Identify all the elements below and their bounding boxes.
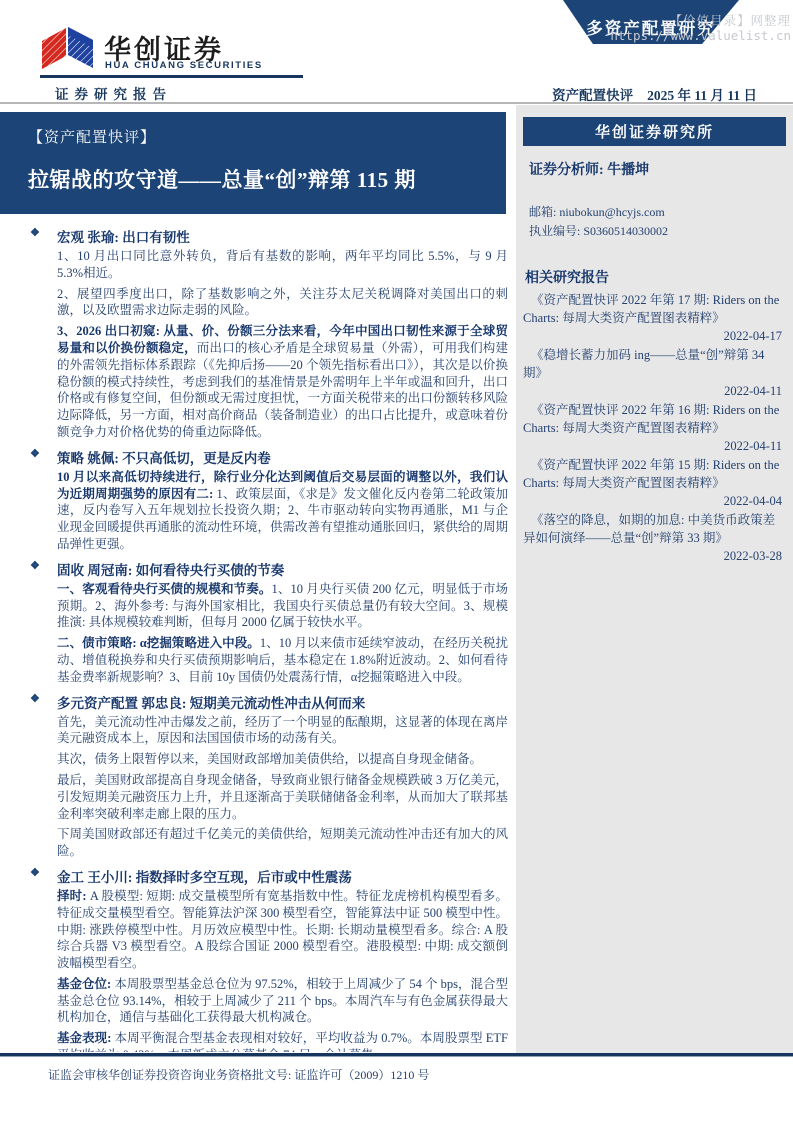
brand-name-en: HUA CHUANG SECURITIES xyxy=(105,60,263,71)
body-paragraph: 基金仓位: 本周股票型基金总仓位为 97.52%，相较于上周减少了 54 个 b… xyxy=(57,976,508,1026)
analyst-name: 证券分析师: 牛播坤 xyxy=(529,159,786,179)
diamond-bullet-icon: ❖ xyxy=(30,226,57,246)
paragraph-text: 本周平衡混合型基金表现相对较好，平均收益为 0.7%。本周股票型 ETF 平均收… xyxy=(57,1031,508,1052)
paragraph-lead: 一、客观看待央行买债的规模和节奏。 xyxy=(57,582,272,596)
report-date: 2022-04-17 xyxy=(523,327,786,345)
report-date: 2022-03-28 xyxy=(523,547,786,565)
section-title: 策略 姚佩: 不只高低切，更是反内卷 xyxy=(57,447,271,467)
paragraph-text: 下周美国财政部还有超过千亿美元的美债供给，短期美元流动性冲击还有加大的风险。 xyxy=(57,827,508,858)
body-paragraph: 下周美国财政部还有超过千亿美元的美债供给，短期美元流动性冲击还有加大的风险。 xyxy=(57,826,508,860)
watermark-url: https://www.valuelist.cn xyxy=(610,28,791,43)
report-link[interactable]: 《资产配置快评 2022 年第 17 期: Riders on the Char… xyxy=(523,291,786,327)
section-heading-fixed-income: ❖ 固收 周冠南: 如何看待央行买债的节奏 xyxy=(30,559,508,579)
paragraph-lead: 二、债市策略: α挖掘策略进入中段。 xyxy=(57,636,260,650)
page-title: 拉锯战的攻守道——总量“创”辩第 115 期 xyxy=(28,164,486,194)
body-paragraph: 二、债市策略: α挖掘策略进入中段。1、10 月以来债市延续窄波动，在经历关税扰… xyxy=(57,635,508,685)
paragraph-text: A 股模型: 短期: 成交量模型所有宽基指数中性。特征龙虎榜机构模型看多。特征成… xyxy=(57,889,508,970)
section-title: 多元资产配置 郭忠良: 短期美元流动性冲击从何而来 xyxy=(57,692,365,712)
section-title: 固收 周冠南: 如何看待央行买债的节奏 xyxy=(57,559,284,579)
related-reports-title: 相关研究报告 xyxy=(525,267,786,287)
paragraph-text: 首先，美元流动性冲击爆发之前，经历了一个明显的酝酿期，这显著的体现在离岸美元融资… xyxy=(57,715,508,746)
report-link[interactable]: 《资产配置快评 2022 年第 16 期: Riders on the Char… xyxy=(523,401,786,437)
body-paragraph: 一、客观看待央行买债的规模和节奏。1、10 月央行买债 200 亿元，明显低于市… xyxy=(57,581,508,631)
watermark-text: 【价值目录】网整理 xyxy=(610,13,791,28)
related-report-item[interactable]: 《资产配置快评 2022 年第 17 期: Riders on the Char… xyxy=(523,291,786,345)
body-paragraph: 首先，美元流动性冲击爆发之前，经历了一个明显的酝酿期，这显著的体现在离岸美元融资… xyxy=(57,714,508,748)
report-body: ❖ 宏观 张瑜: 出口有韧性 1、10 月出口同比意外转负，背后有基数的影响，两… xyxy=(30,220,508,1052)
report-category: 资产配置快评 xyxy=(552,88,633,103)
report-link[interactable]: 《稳增长蓄力加码 ing——总量“创”辩第 34 期》 xyxy=(523,346,786,382)
paragraph-text: 本周股票型基金总仓位为 97.52%，相较于上周减少了 54 个 bps，混合型… xyxy=(57,977,508,1025)
paragraph-lead: 基金表现: xyxy=(57,1031,111,1045)
report-link[interactable]: 《资产配置快评 2022 年第 15 期: Riders on the Char… xyxy=(523,456,786,492)
paragraph-text: 2、展望四季度出口，除了基数影响之外，关注芬太尼关税调降对美国出口的刺激，以及欧… xyxy=(57,287,508,318)
report-date: 2022-04-11 xyxy=(523,382,786,400)
related-report-item[interactable]: 《资产配置快评 2022 年第 15 期: Riders on the Char… xyxy=(523,456,786,510)
header-meta: 资产配置快评2025 年 11 月 11 日 xyxy=(552,84,757,104)
section-heading-multi-asset: ❖ 多元资产配置 郭忠良: 短期美元流动性冲击从何而来 xyxy=(30,692,508,712)
paragraph-text: 其次，债务上限暂停以来，美国财政部增加美债供给，以提高自身现金储备。 xyxy=(57,752,482,766)
body-paragraph: 最后，美国财政部提高自身现金储备，导致商业银行储备金规模跌破 3 万亿美元，引发… xyxy=(57,772,508,822)
body-paragraph: 1、10 月出口同比意外转负，背后有基数的影响，两年平均同比 5.5%，与 9 … xyxy=(57,248,508,282)
section-heading-macro: ❖ 宏观 张瑜: 出口有韧性 xyxy=(30,226,508,246)
diamond-bullet-icon: ❖ xyxy=(30,559,57,579)
body-paragraph: 2、展望四季度出口，除了基数影响之外，关注芬太尼关税调降对美国出口的刺激，以及欧… xyxy=(57,286,508,320)
paragraph-text: 1、10 月出口同比意外转负，背后有基数的影响，两年平均同比 5.5%，与 9 … xyxy=(57,249,508,280)
section-title: 宏观 张瑜: 出口有韧性 xyxy=(57,226,190,246)
paragraph-text: 而出口的核心矛盾是全球贸易量（外需），可用我们构建的外需领先指标体系跟踪（《先抑… xyxy=(57,341,508,439)
paragraph-lead: 择时: xyxy=(57,889,87,903)
page-footer: 证监会审核华创证券投资咨询业务资格批文号: 证监许可（2009）1210 号 xyxy=(0,1053,793,1083)
title-kicker: 【资产配置快评】 xyxy=(28,126,486,147)
report-date: 2022-04-04 xyxy=(523,492,786,510)
body-paragraph: 择时: A 股模型: 短期: 成交量模型所有宽基指数中性。特征龙虎榜机构模型看多… xyxy=(57,888,508,972)
section-title: 金工 王小川: 指数择时多空互现，后市或中性震荡 xyxy=(57,866,352,886)
report-link[interactable]: 《落空的降息，如期的加息: 中美货币政策差异如何演绎——总量“创”辩第 33 期… xyxy=(523,511,786,547)
footer-divider xyxy=(0,1053,793,1057)
body-paragraph: 其次，债务上限暂停以来，美国财政部增加美债供给，以提高自身现金储备。 xyxy=(57,751,508,768)
report-date: 2025 年 11 月 11 日 xyxy=(647,88,757,103)
body-paragraph: 3、2026 出口初窥: 从量、价、份额三分法来看，今年中国出口韧性来源于全球贸… xyxy=(57,323,508,441)
watermark: 【价值目录】网整理 https://www.valuelist.cn xyxy=(610,13,791,43)
analyst-email[interactable]: 邮箱: niubokun@hcyjs.com xyxy=(529,203,786,222)
diamond-bullet-icon: ❖ xyxy=(30,447,57,467)
related-report-item[interactable]: 《稳增长蓄力加码 ing——总量“创”辩第 34 期》 2022-04-11 xyxy=(523,346,786,400)
sidebar: 华创证券研究所 证券分析师: 牛播坤 邮箱: niubokun@hcyjs.co… xyxy=(516,105,793,1056)
body-paragraph: 10 月以来高低切持续进行，除行业分化达到阈值后交易层面的调整以外，我们认为近期… xyxy=(57,469,508,553)
report-date: 2022-04-11 xyxy=(523,437,786,455)
paragraph-text: 最后，美国财政部提高自身现金储备，导致商业银行储备金规模跌破 3 万亿美元，引发… xyxy=(57,773,508,821)
analyst-license: 执业编号: S0360514030002 xyxy=(529,222,786,241)
related-report-item[interactable]: 《落空的降息，如期的加息: 中美货币政策差异如何演绎——总量“创”辩第 33 期… xyxy=(523,511,786,565)
paragraph-lead: 基金仓位: xyxy=(57,977,111,991)
body-paragraph: 基金表现: 本周平衡混合型基金表现相对较好，平均收益为 0.7%。本周股票型 E… xyxy=(57,1030,508,1052)
regulatory-approval-text: 证监会审核华创证券投资咨询业务资格批文号: 证监许可（2009）1210 号 xyxy=(48,1066,793,1083)
analyst-contact: 邮箱: niubokun@hcyjs.com 执业编号: S0360514030… xyxy=(529,203,786,241)
institute-bar: 华创证券研究所 xyxy=(523,117,786,146)
section-heading-strategy: ❖ 策略 姚佩: 不只高低切，更是反内卷 xyxy=(30,447,508,467)
report-type-label: 证券研究报告 xyxy=(55,83,172,103)
report-page: 华创证券 HUA CHUANG SECURITIES 证券研究报告 资产配置快评… xyxy=(0,0,793,1122)
title-block: 【资产配置快评】 拉锯战的攻守道——总量“创”辩第 115 期 xyxy=(0,112,506,214)
related-report-item[interactable]: 《资产配置快评 2022 年第 16 期: Riders on the Char… xyxy=(523,401,786,455)
diamond-bullet-icon: ❖ xyxy=(30,866,57,886)
brand-underline xyxy=(40,75,303,78)
diamond-bullet-icon: ❖ xyxy=(30,692,57,712)
huachuang-logo-icon xyxy=(40,24,98,76)
section-heading-quant: ❖ 金工 王小川: 指数择时多空互现，后市或中性震荡 xyxy=(30,866,508,886)
header-divider xyxy=(0,102,793,104)
